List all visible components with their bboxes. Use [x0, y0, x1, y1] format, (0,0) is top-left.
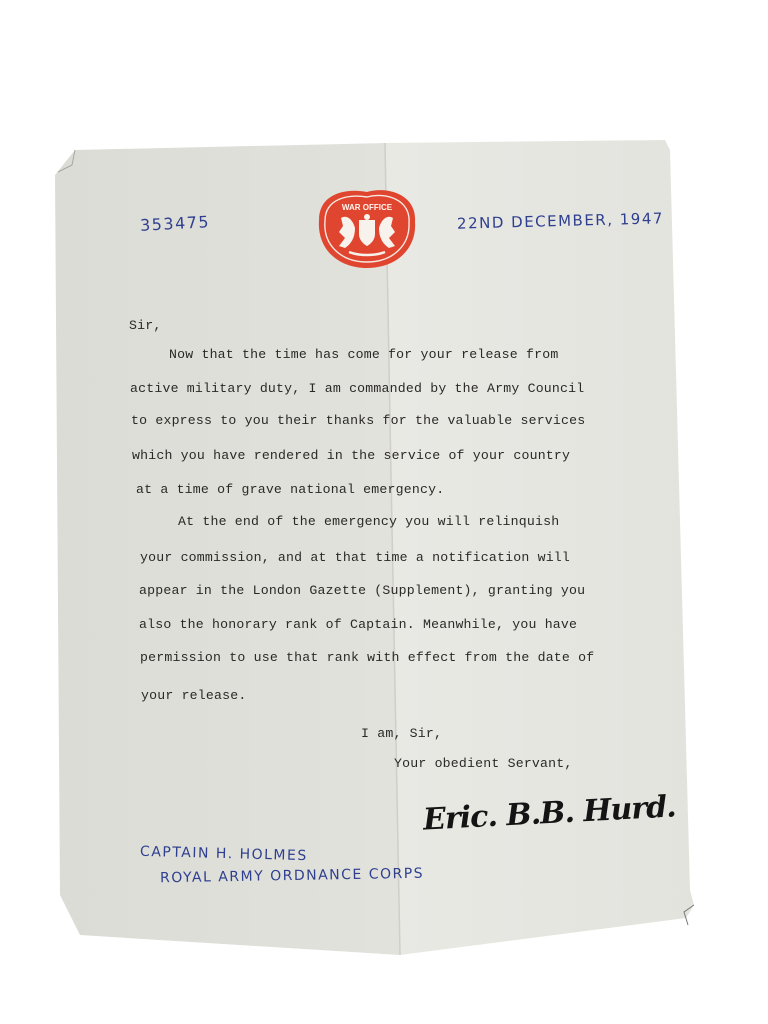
closing-line: I am, Sir, [361, 726, 442, 741]
body-line: appear in the London Gazette (Supplement… [139, 583, 585, 598]
body-line: at a time of grave national emergency. [136, 482, 444, 497]
war-office-seal: WAR OFFICE [319, 190, 415, 268]
body-line: active military duty, I am commanded by … [130, 381, 584, 396]
reference-number: 353475 [140, 212, 211, 235]
body-line: which you have rendered in the service o… [132, 448, 570, 463]
body-line: At the end of the emergency you will rel… [178, 514, 559, 529]
body-line: Now that the time has come for your rele… [169, 347, 558, 362]
body-line: permission to use that rank with effect … [140, 650, 594, 665]
closing-line: Your obedient Servant, [394, 756, 573, 771]
salutation: Sir, [129, 318, 161, 333]
body-line: your commission, and at that time a noti… [140, 550, 570, 565]
body-line: to express to you their thanks for the v… [131, 413, 585, 428]
body-line: also the honorary rank of Captain. Meanw… [139, 617, 577, 632]
svg-text:WAR OFFICE: WAR OFFICE [342, 203, 393, 212]
letter-paper: WAR OFFICE 353475 22ND DECEMBER, 1947 Si… [0, 0, 768, 1024]
body-line: your release. [141, 688, 246, 703]
